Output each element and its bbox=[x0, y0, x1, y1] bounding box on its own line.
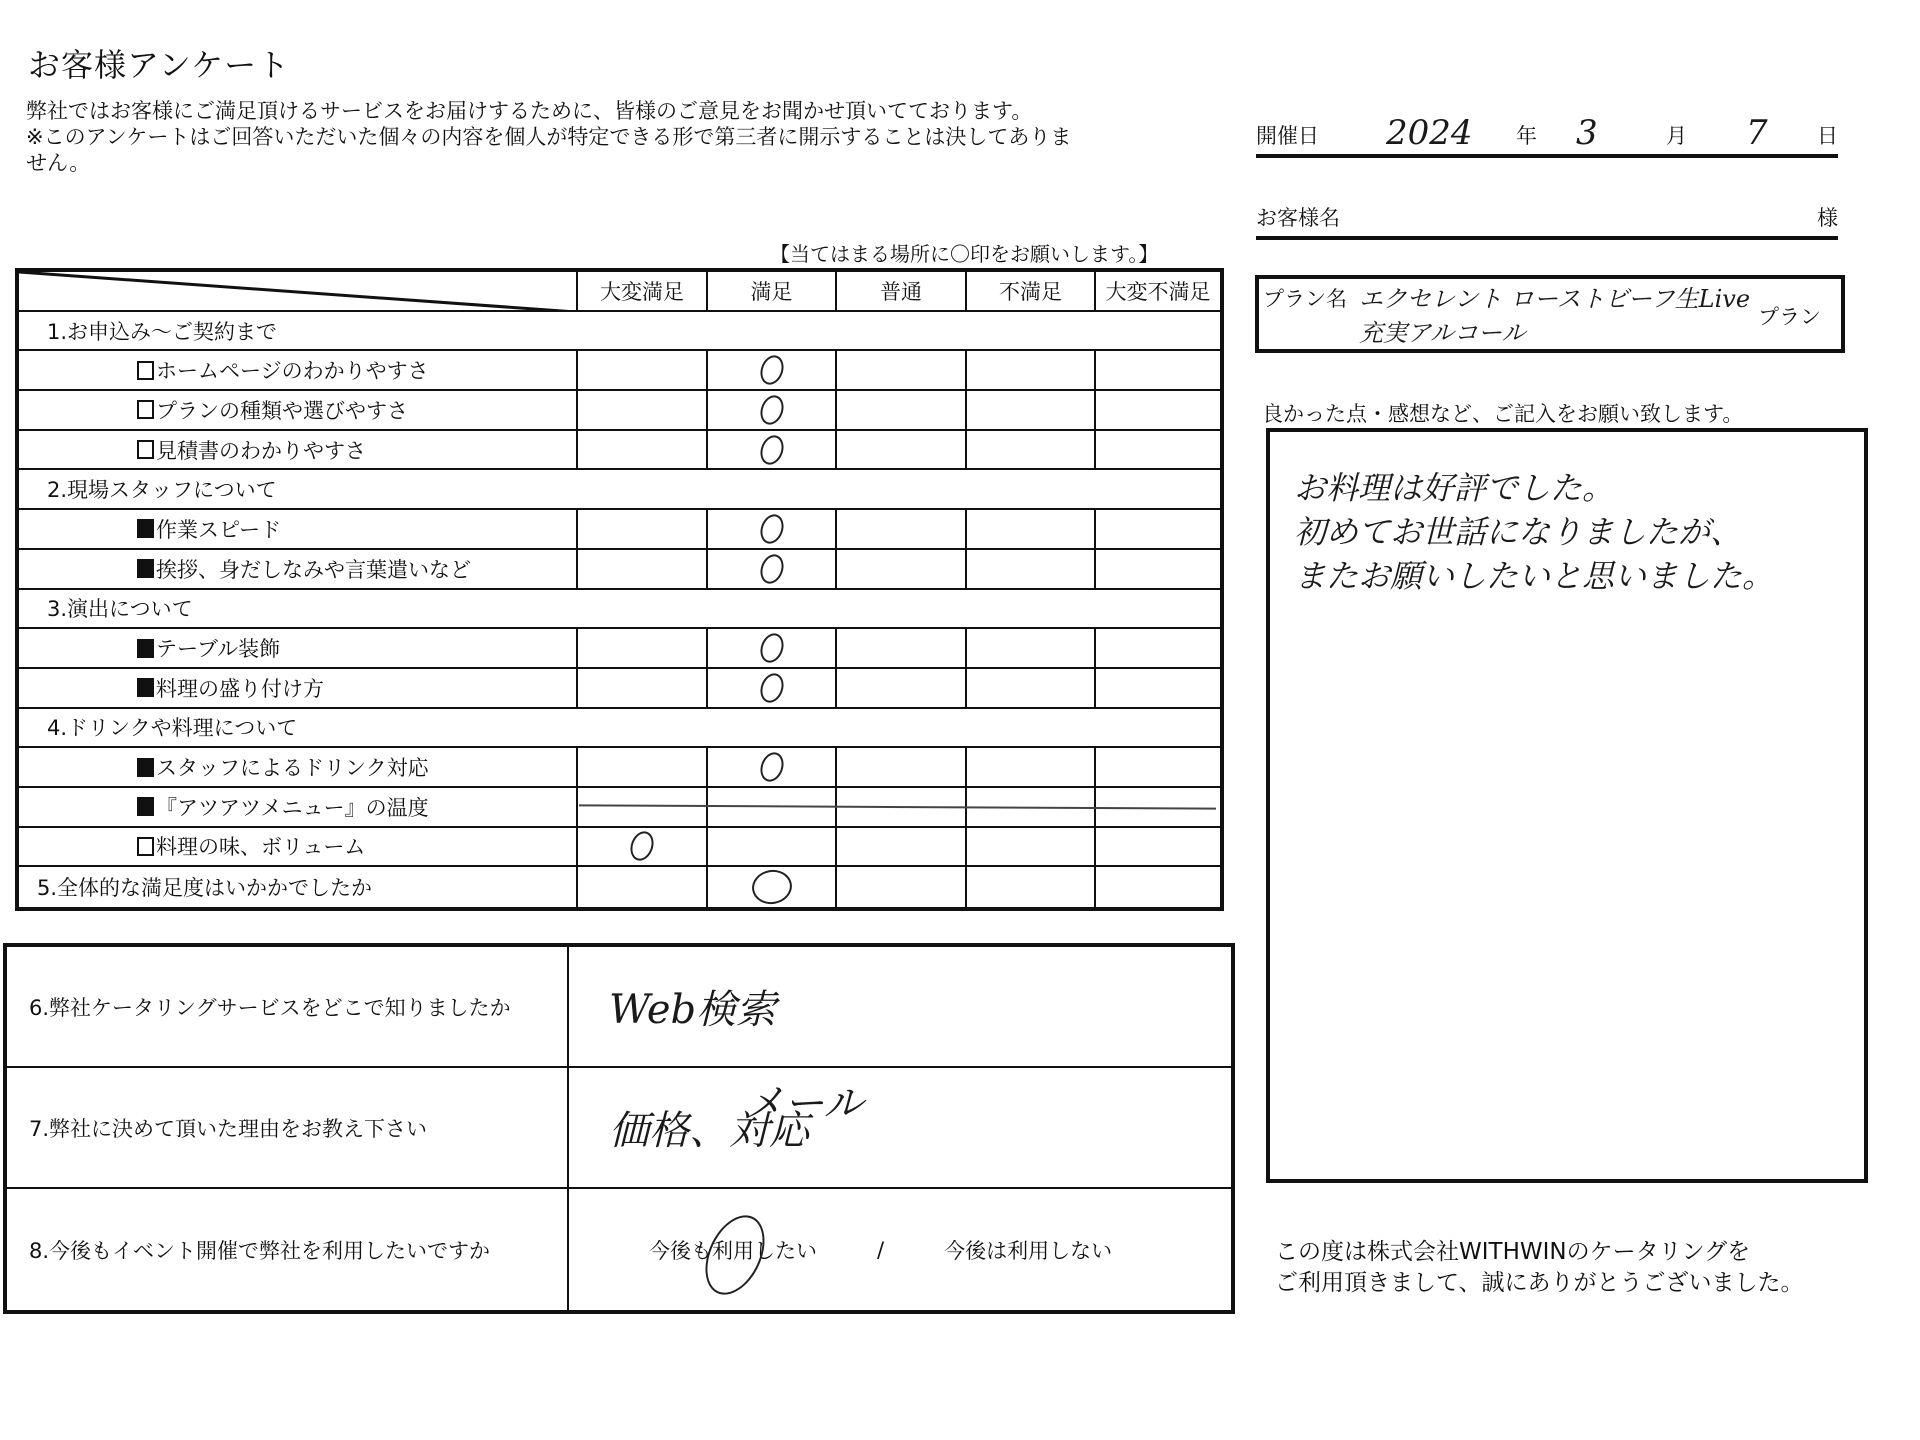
rating-cell[interactable] bbox=[706, 669, 835, 707]
label-text: プランの種類や選びやすさ bbox=[156, 395, 408, 425]
answer-field[interactable]: メール 価格、対応 bbox=[569, 1068, 1231, 1187]
rating-cell[interactable] bbox=[1094, 351, 1220, 389]
rating-row: テーブル装飾 bbox=[19, 629, 1220, 669]
month-value: 3 bbox=[1576, 116, 1666, 150]
item-label: 5.全体的な満足度はいかかでしたか bbox=[19, 867, 576, 907]
label-text: 見積書のわかりやすさ bbox=[156, 435, 366, 465]
rating-cell[interactable] bbox=[965, 748, 1094, 786]
item-label: 『アツアツメニュー』の温度 bbox=[19, 788, 576, 826]
rating-cell[interactable] bbox=[576, 748, 706, 786]
rating-cell[interactable] bbox=[576, 550, 706, 588]
label-text: 4.ドリンクや料理について bbox=[47, 712, 297, 742]
event-date-label: 開催日 bbox=[1256, 120, 1386, 150]
rating-cell[interactable] bbox=[1094, 669, 1220, 707]
comment-line: お料理は好評でした。 bbox=[1294, 466, 1840, 510]
label-text: 料理の盛り付け方 bbox=[156, 673, 324, 703]
category-row: 2.現場スタッフについて bbox=[19, 470, 1220, 510]
item-label: ホームページのわかりやすさ bbox=[19, 351, 576, 389]
circle-mark-icon bbox=[756, 670, 787, 706]
item-label: 料理の盛り付け方 bbox=[19, 669, 576, 707]
category-label: 1.お申込み～ご契約まで bbox=[19, 312, 576, 350]
circle-mark-icon bbox=[756, 749, 787, 785]
circle-mark-icon bbox=[756, 511, 787, 547]
item-label: 見積書のわかりやすさ bbox=[19, 431, 576, 469]
rating-cell[interactable] bbox=[965, 351, 1094, 389]
label-text: 料理の味、ボリューム bbox=[156, 831, 365, 861]
comment-line: 初めてお世話になりましたが、 bbox=[1294, 510, 1840, 554]
empty-square-icon bbox=[137, 361, 154, 380]
item-label: 作業スピード bbox=[19, 510, 576, 548]
category-fill bbox=[576, 590, 1220, 628]
label-text: 挨拶、身だしなみや言葉遣いなど bbox=[156, 554, 471, 584]
question-row: 7.弊社に決めて頂いた理由をお教え下さい メール 価格、対応 bbox=[7, 1068, 1231, 1189]
column-header: 不満足 bbox=[965, 272, 1094, 310]
rating-row: プランの種類や選びやすさ bbox=[19, 391, 1220, 431]
item-label: スタッフによるドリンク対応 bbox=[19, 748, 576, 786]
rating-cell[interactable] bbox=[576, 351, 706, 389]
empty-square-icon bbox=[137, 440, 154, 459]
rating-row: 料理の味、ボリューム bbox=[19, 828, 1220, 868]
day-unit: 日 bbox=[1817, 120, 1838, 150]
plan-name-label: プラン名 bbox=[1263, 283, 1347, 313]
item-label: プランの種類や選びやすさ bbox=[19, 391, 576, 429]
label-text: 作業スピード bbox=[156, 514, 281, 544]
thanks-line: この度は株式会社WITHWINのケータリングを bbox=[1275, 1237, 1804, 1268]
rating-cell[interactable] bbox=[1094, 629, 1220, 667]
rating-cell[interactable] bbox=[706, 867, 835, 907]
circle-mark-icon bbox=[756, 432, 787, 468]
question-row: 6.弊社ケータリングサービスをどこで知りましたか Web検索 bbox=[7, 947, 1231, 1068]
event-date-field[interactable]: 開催日 2024 年 3 月 7 日 bbox=[1256, 118, 1838, 158]
question-label: 6.弊社ケータリングサービスをどこで知りましたか bbox=[7, 947, 569, 1066]
answer-annotation: メール bbox=[744, 1072, 863, 1129]
circle-mark-icon bbox=[756, 352, 787, 388]
rating-cell[interactable] bbox=[835, 629, 965, 667]
rating-cell[interactable] bbox=[835, 351, 965, 389]
plan-name-box[interactable]: プラン名 エクセレント ローストビーフ生Live 充実アルコール プラン bbox=[1255, 275, 1845, 353]
year-value: 2024 bbox=[1386, 116, 1516, 150]
rating-cell[interactable] bbox=[965, 431, 1094, 469]
thank-you-message: この度は株式会社WITHWINのケータリングを ご利用頂きまして、誠にありがとう… bbox=[1275, 1237, 1804, 1299]
rating-cell[interactable] bbox=[576, 629, 706, 667]
plan-suffix: プラン bbox=[1758, 301, 1821, 331]
rating-row: 作業スピード bbox=[19, 510, 1220, 550]
month-unit: 月 bbox=[1666, 120, 1746, 150]
rating-cell[interactable] bbox=[576, 431, 706, 469]
item-label: テーブル装飾 bbox=[19, 629, 576, 667]
year-unit: 年 bbox=[1516, 120, 1576, 150]
category-label: 3.演出について bbox=[19, 590, 576, 628]
empty-square-icon bbox=[137, 837, 154, 856]
label-text: スタッフによるドリンク対応 bbox=[156, 752, 429, 782]
rating-cell[interactable] bbox=[835, 391, 965, 429]
rating-table: 大変満足 満足 普通 不満足 大変不満足 1.お申込み～ご契約までホームページの… bbox=[15, 268, 1224, 911]
rating-cell[interactable] bbox=[706, 431, 835, 469]
rating-cell[interactable] bbox=[576, 510, 706, 548]
rating-cell[interactable] bbox=[1094, 391, 1220, 429]
circle-mark-icon bbox=[749, 867, 794, 907]
rating-cell[interactable] bbox=[706, 828, 835, 866]
category-fill bbox=[576, 470, 1220, 508]
thanks-line: ご利用頂きまして、誠にありがとうございました。 bbox=[1275, 1268, 1804, 1299]
rating-cell[interactable] bbox=[965, 391, 1094, 429]
filled-square-icon bbox=[137, 797, 154, 816]
category-label: 2.現場スタッフについて bbox=[19, 470, 576, 508]
column-header: 大変不満足 bbox=[1094, 272, 1220, 310]
rating-cell[interactable] bbox=[835, 748, 965, 786]
rating-row: スタッフによるドリンク対応 bbox=[19, 748, 1220, 788]
intro-line: 弊社ではお客様にご満足頂けるサービスをお届けするために、皆様のご意見をお聞かせ頂… bbox=[26, 98, 1226, 124]
rating-cell[interactable] bbox=[1094, 867, 1220, 907]
category-label: 4.ドリンクや料理について bbox=[19, 709, 576, 747]
intro-text: 弊社ではお客様にご満足頂けるサービスをお届けするために、皆様のご意見をお聞かせ頂… bbox=[26, 98, 1226, 176]
rating-cell[interactable] bbox=[1094, 748, 1220, 786]
comment-line: またお願いしたいと思いました。 bbox=[1294, 554, 1840, 598]
comments-label: 良かった点・感想など、ご記入をお願い致します。 bbox=[1262, 398, 1743, 428]
rating-cell[interactable] bbox=[835, 669, 965, 707]
option-will-not-use[interactable]: 今後は利用しない bbox=[944, 1235, 1112, 1265]
rating-cell[interactable] bbox=[965, 669, 1094, 707]
rating-cell[interactable] bbox=[1094, 828, 1220, 866]
category-row: 4.ドリンクや料理について bbox=[19, 709, 1220, 749]
day-value: 7 bbox=[1746, 116, 1816, 150]
filled-square-icon bbox=[137, 519, 154, 538]
customer-name-label: お客様名 bbox=[1256, 202, 1340, 232]
circle-mark-icon bbox=[756, 392, 787, 428]
rating-cell[interactable] bbox=[835, 510, 965, 548]
option-separator: / bbox=[877, 1238, 884, 1262]
question-label: 8.今後もイベント開催で弊社を利用したいですか bbox=[7, 1189, 569, 1310]
label-text: 1.お申込み～ご契約まで bbox=[47, 316, 277, 346]
column-header: 満足 bbox=[706, 272, 835, 310]
rating-cell[interactable] bbox=[706, 510, 835, 548]
column-header: 大変満足 bbox=[576, 272, 706, 310]
filled-square-icon bbox=[137, 758, 154, 777]
rating-row: 料理の盛り付け方 bbox=[19, 669, 1220, 709]
plan-name-line1: エクセレント ローストビーフ生Live bbox=[1359, 279, 1750, 314]
rating-cell[interactable] bbox=[706, 748, 835, 786]
form-title: お客様アンケート bbox=[28, 40, 290, 86]
label-text: 『アツアツメニュー』の温度 bbox=[156, 792, 429, 822]
customer-name-field[interactable]: お客様名 様 bbox=[1256, 200, 1838, 240]
empty-square-icon bbox=[137, 400, 154, 419]
rating-cell[interactable] bbox=[1094, 550, 1220, 588]
question-label: 7.弊社に決めて頂いた理由をお教え下さい bbox=[7, 1068, 569, 1187]
rating-cell[interactable] bbox=[576, 867, 706, 907]
filled-square-icon bbox=[137, 678, 154, 697]
label-text: テーブル装飾 bbox=[156, 633, 280, 663]
circle-mark-icon bbox=[756, 551, 787, 587]
intro-line: ※このアンケートはご回答いただいた個々の内容を個人が特定できる形で第三者に開示す… bbox=[26, 124, 1226, 150]
category-row: 1.お申込み～ご契約まで bbox=[19, 312, 1220, 352]
rating-cell[interactable] bbox=[576, 828, 706, 866]
label-text: 2.現場スタッフについて bbox=[47, 474, 277, 504]
item-label: 料理の味、ボリューム bbox=[19, 828, 576, 866]
rating-cell[interactable] bbox=[576, 391, 706, 429]
label-text: ホームページのわかりやすさ bbox=[156, 355, 429, 385]
filled-square-icon bbox=[137, 559, 154, 578]
filled-square-icon bbox=[137, 639, 154, 658]
questions-table: 6.弊社ケータリングサービスをどこで知りましたか Web検索 7.弊社に決めて頂… bbox=[3, 943, 1235, 1314]
intro-line: せん。 bbox=[26, 150, 1226, 176]
label-text: 3.演出について bbox=[47, 593, 193, 623]
diagonal-line bbox=[19, 272, 576, 312]
comments-box[interactable]: お料理は好評でした。 初めてお世話になりましたが、 またお願いしたいと思いました… bbox=[1266, 428, 1868, 1183]
rating-header-row: 大変満足 満足 普通 不満足 大変不満足 bbox=[19, 272, 1220, 312]
rating-row: ホームページのわかりやすさ bbox=[19, 351, 1220, 391]
answer-field[interactable]: Web検索 bbox=[569, 947, 1231, 1066]
rating-cell[interactable] bbox=[835, 867, 965, 907]
customer-name-suffix: 様 bbox=[1817, 202, 1838, 232]
rating-cell[interactable] bbox=[965, 867, 1094, 907]
rating-cell[interactable] bbox=[835, 431, 965, 469]
rating-cell[interactable] bbox=[835, 550, 965, 588]
circle-mark-icon bbox=[627, 829, 658, 865]
rating-cell[interactable] bbox=[1094, 510, 1220, 548]
item-label: 挨拶、身だしなみや言葉遣いなど bbox=[19, 550, 576, 588]
rating-cell[interactable] bbox=[965, 510, 1094, 548]
rating-cell[interactable] bbox=[706, 351, 835, 389]
column-header: 普通 bbox=[835, 272, 965, 310]
choice-group: 今後も利用したい / 今後は利用しない bbox=[569, 1189, 1231, 1310]
category-row: 3.演出について bbox=[19, 590, 1220, 630]
category-fill bbox=[576, 709, 1220, 747]
label-text: 5.全体的な満足度はいかかでしたか bbox=[37, 872, 372, 902]
rating-cell[interactable] bbox=[835, 828, 965, 866]
rating-cell[interactable] bbox=[965, 828, 1094, 866]
rating-cell[interactable] bbox=[965, 550, 1094, 588]
plan-name-line2: 充実アルコール bbox=[1359, 313, 1526, 348]
header-corner bbox=[19, 272, 576, 310]
circle-mark-icon bbox=[756, 630, 787, 666]
rating-row: 『アツアツメニュー』の温度 bbox=[19, 788, 1220, 828]
option-will-use-again[interactable]: 今後も利用したい bbox=[649, 1235, 817, 1265]
rating-cell[interactable] bbox=[1094, 431, 1220, 469]
rating-cell[interactable] bbox=[576, 669, 706, 707]
rating-cell[interactable] bbox=[706, 629, 835, 667]
rating-cell[interactable] bbox=[965, 629, 1094, 667]
rating-row: 5.全体的な満足度はいかかでしたか bbox=[19, 867, 1220, 907]
rating-cell[interactable] bbox=[706, 391, 835, 429]
rating-row: 見積書のわかりやすさ bbox=[19, 431, 1220, 471]
category-fill bbox=[576, 312, 1220, 350]
question-row: 8.今後もイベント開催で弊社を利用したいですか 今後も利用したい / 今後は利用… bbox=[7, 1189, 1231, 1310]
answer-text: Web検索 bbox=[609, 978, 776, 1035]
instruction-text: 【当てはまる場所に〇印をお願いします。】 bbox=[770, 238, 1158, 267]
rating-cell[interactable] bbox=[706, 550, 835, 588]
rating-row: 挨拶、身だしなみや言葉遣いなど bbox=[19, 550, 1220, 590]
